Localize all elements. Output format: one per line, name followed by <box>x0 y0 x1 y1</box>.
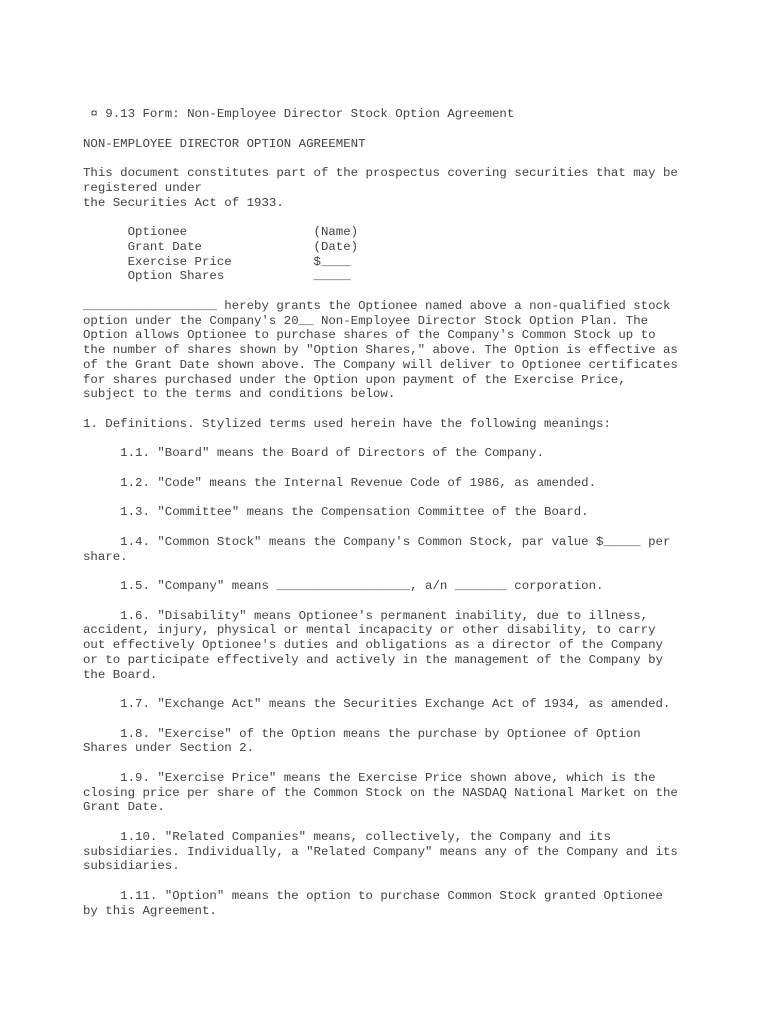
form-caption: ¤ 9.13 Form: Non-Employee Director Stock… <box>83 107 723 122</box>
definition-1-2: 1.2. "Code" means the Internal Revenue C… <box>83 476 723 491</box>
agreement-title: NON-EMPLOYEE DIRECTOR OPTION AGREEMENT <box>83 137 723 152</box>
definition-1-6: 1.6. "Disability" means Optionee's perma… <box>83 609 723 683</box>
grant-paragraph: __________________ hereby grants the Opt… <box>83 299 723 402</box>
prospectus-notice: This document constitutes part of the pr… <box>83 166 723 210</box>
definition-1-11: 1.11. "Option" means the option to purch… <box>83 889 723 919</box>
definition-1-10: 1.10. "Related Companies" means, collect… <box>83 830 723 874</box>
definition-1-4: 1.4. "Common Stock" means the Company's … <box>83 535 723 565</box>
definition-1-1: 1.1. "Board" means the Board of Director… <box>83 446 723 461</box>
definitions-heading: 1. Definitions. Stylized terms used here… <box>83 417 723 432</box>
definition-1-5: 1.5. "Company" means __________________,… <box>83 579 723 594</box>
grant-fields-table: Optionee (Name) Grant Date (Date) Exerci… <box>83 225 723 284</box>
definition-1-8: 1.8. "Exercise" of the Option means the … <box>83 727 723 757</box>
definition-1-9: 1.9. "Exercise Price" means the Exercise… <box>83 771 723 815</box>
definition-1-7: 1.7. "Exchange Act" means the Securities… <box>83 697 723 712</box>
definition-1-3: 1.3. "Committee" means the Compensation … <box>83 505 723 520</box>
document-page: ¤ 9.13 Form: Non-Employee Director Stock… <box>0 0 770 1024</box>
document-body: ¤ 9.13 Form: Non-Employee Director Stock… <box>83 107 723 933</box>
